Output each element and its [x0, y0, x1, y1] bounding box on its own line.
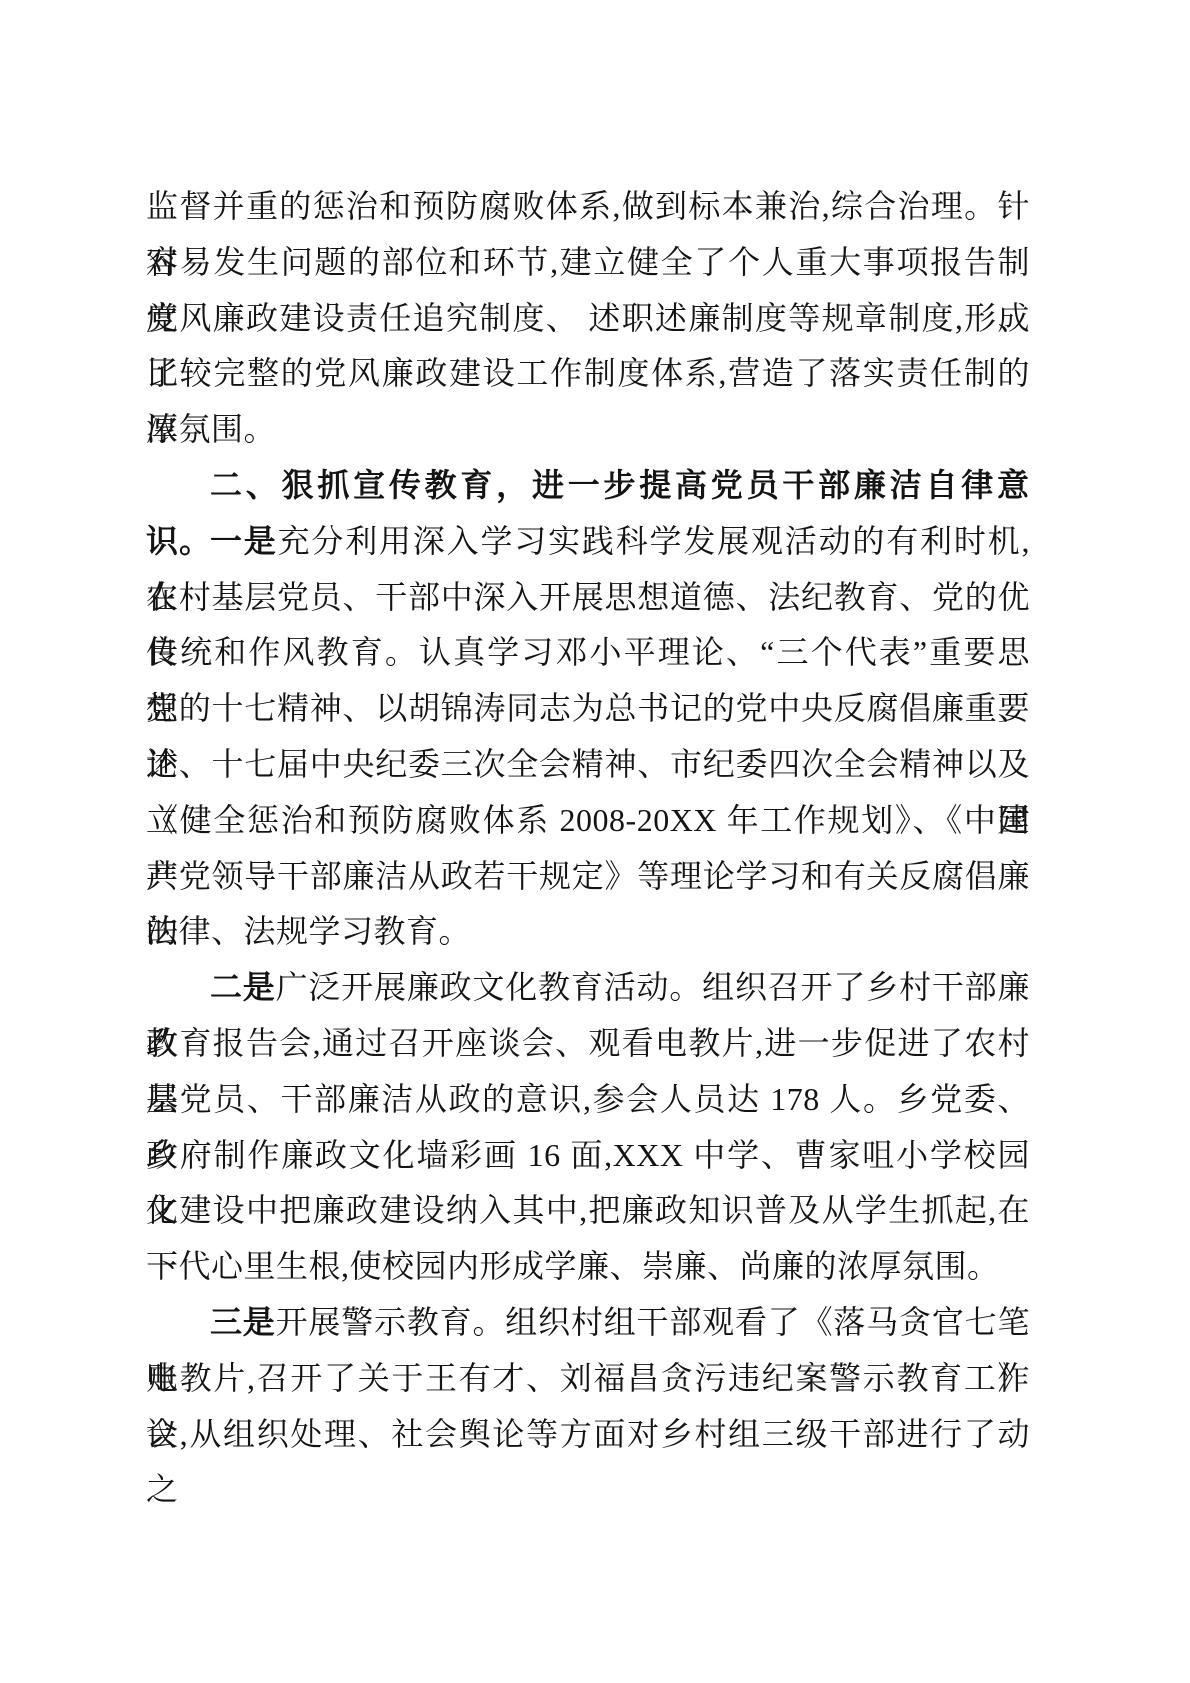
- text-line: 容易发生问题的部位和环节,建立健全了个人重大事项报告制度、: [146, 235, 1030, 291]
- heading-section-two: 二、狠抓宣传教育，进一步提高党员干部廉洁自律意识。: [146, 458, 1030, 514]
- text-line: 法律、法规学习教育。: [146, 904, 1030, 960]
- text-line: 党风廉政建设责任追究制度、 述职述廉制度等规章制度,形成了: [146, 291, 1030, 347]
- text-line: 厚氛围。: [146, 402, 1030, 458]
- text-line: 产党领导干部廉洁从政若干规定》等理论学习和有关反腐倡廉的: [146, 849, 1030, 905]
- para-second-culture-education: 二是广泛开展廉政文化教育活动。组织召开了乡村干部廉政教育报告会,通过召开座谈会、…: [146, 960, 1030, 1295]
- lead-in-bold-text: 一是: [210, 523, 278, 559]
- text-line: 层党员、干部廉洁从政的意识,参会人员达 178 人。乡党委、乡: [146, 1072, 1030, 1128]
- text-line: 农村基层党员、干部中深入开展思想道德、法纪教育、党的优良: [146, 570, 1030, 626]
- text-line: 传统和作风教育。认真学习邓小平理论、“三个代表”重要思想、: [146, 625, 1030, 681]
- para-first-study-education: 一是充分利用深入学习实践科学发展观活动的有利时机,在农村基层党员、干部中深入开展…: [146, 514, 1030, 960]
- lead-in-bold-text: 二是: [210, 969, 276, 1005]
- lead-in-bold-text: 三是: [210, 1304, 276, 1340]
- text-line: 三是开展警示教育。组织村组干部观看了《落马贪官七笔账》: [146, 1295, 1030, 1351]
- body-text: 厚氛围。: [146, 411, 276, 447]
- text-line: 教育报告会,通过召开座谈会、观看电教片,进一步促进了农村基: [146, 1016, 1030, 1072]
- text-line: 立健全惩治和预防腐败体系 2008-20XX 年工作规划》、《中国共: [146, 793, 1030, 849]
- text-line: 政府制作廉政文化墙彩画 16 面,XXX 中学、曹家咀小学校园文: [146, 1128, 1030, 1184]
- text-line: 二、狠抓宣传教育，进一步提高党员干部廉洁自律意识。: [146, 458, 1030, 514]
- text-line: 一代心里生根,使校园内形成学廉、崇廉、尚廉的浓厚氛围。: [146, 1239, 1030, 1295]
- text-line: 比较完整的党风廉政建设工作制度体系,营造了落实责任制的浓: [146, 346, 1030, 402]
- body-text: 法律、法规学习教育。: [146, 913, 471, 949]
- text-line: 议,从组织处理、社会舆论等方面对乡村组三级干部进行了动之: [146, 1407, 1030, 1463]
- text-line: 二是广泛开展廉政文化教育活动。组织召开了乡村干部廉政: [146, 960, 1030, 1016]
- document-page: 监督并重的惩治和预防腐败体系,做到标本兼治,综合治理。针对容易发生问题的部位和环…: [0, 0, 1190, 1683]
- text-line: 电教片,召开了关于王有才、刘福昌贪污违纪案警示教育工作会: [146, 1351, 1030, 1407]
- text-line: 监督并重的惩治和预防腐败体系,做到标本兼治,综合治理。针对: [146, 179, 1030, 235]
- text-line: 化建设中把廉政建设纳入其中,把廉政知识普及从学生抓起,在下: [146, 1183, 1030, 1239]
- text-block: 监督并重的惩治和预防腐败体系,做到标本兼治,综合治理。针对容易发生问题的部位和环…: [146, 179, 1030, 1462]
- text-line: 党的十七精神、以胡锦涛同志为总书记的党中央反腐倡廉重要论: [146, 681, 1030, 737]
- body-text: 一代心里生根,使校园内形成学廉、崇廉、尚廉的浓厚氛围。: [146, 1248, 1000, 1284]
- body-text: 议,从组织处理、社会舆论等方面对乡村组三级干部进行了动之: [146, 1416, 1030, 1508]
- text-line: 一是充分利用深入学习实践科学发展观活动的有利时机,在: [146, 514, 1030, 570]
- para-third-warning-education: 三是开展警示教育。组织村组干部观看了《落马贪官七笔账》电教片,召开了关于王有才、…: [146, 1295, 1030, 1462]
- text-line: 述、十七届中央纪委三次全会精神、市纪委四次全会精神以及《建: [146, 737, 1030, 793]
- para-continuation-institutions: 监督并重的惩治和预防腐败体系,做到标本兼治,综合治理。针对容易发生问题的部位和环…: [146, 179, 1030, 458]
